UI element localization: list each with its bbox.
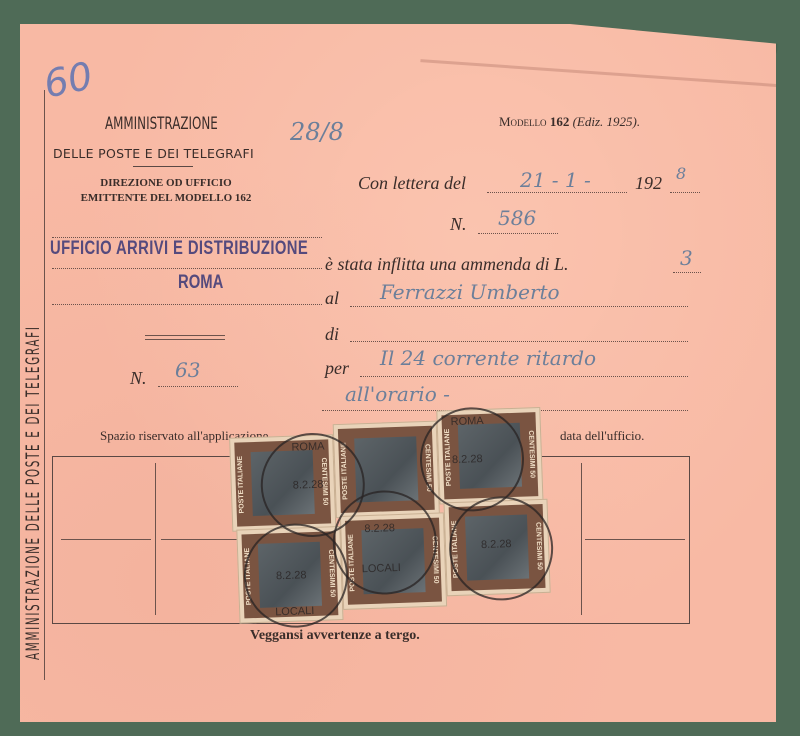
- header-rule: [133, 166, 193, 167]
- year-prefix: 192: [635, 173, 662, 194]
- al-field[interactable]: [350, 306, 688, 307]
- margin-vertical-text: AMMINISTRAZIONE DELLE POSTE E DEI TELEGR…: [22, 55, 44, 660]
- grid-hline-left-1: [61, 539, 151, 540]
- direzione-line2: EMITTENTE DEL MODELLO 162: [60, 191, 272, 206]
- per-field-line1[interactable]: [360, 376, 688, 377]
- postage-stamps-block: POSTE ITALIANE CENTESIMI 50 POSTE ITALIA…: [228, 404, 567, 631]
- header-direzione: DIREZIONE OD UFFICIO EMITTENTE DEL MODEL…: [60, 176, 272, 206]
- letter-label: Con lettera del: [358, 173, 466, 194]
- margin-rule: [44, 90, 45, 680]
- left-number-field[interactable]: [158, 386, 238, 387]
- left-dotted-line-3: [52, 304, 322, 305]
- number-label: N.: [450, 214, 467, 235]
- paper-crease: [420, 59, 789, 88]
- year-field[interactable]: [670, 192, 700, 193]
- left-dotted-line-2: [52, 268, 322, 269]
- grid-hline-left-2: [161, 539, 241, 540]
- per-value-line2: all'orario -: [345, 382, 450, 406]
- number-value: 586: [498, 206, 536, 230]
- per-label: per: [325, 358, 349, 379]
- letter-date-value: 21 - 1 -: [520, 168, 591, 192]
- year-suffix-value: 8: [676, 164, 686, 183]
- grid-vline-2: [581, 463, 582, 615]
- modello-number: 162: [550, 114, 570, 129]
- handwritten-reference: 28/8: [290, 118, 344, 146]
- office-stamp-line1: UFFICIO ARRIVI E DISTRIBUZIONE: [50, 238, 308, 260]
- direzione-line1: DIREZIONE OD UFFICIO: [60, 176, 272, 191]
- letter-date-field[interactable]: [487, 192, 627, 193]
- left-double-rule: [145, 335, 225, 340]
- fine-value: 3: [680, 246, 693, 270]
- header-title: AMMINISTRAZIONE: [105, 114, 218, 134]
- fine-label: è stata inflitta una ammenda di L.: [325, 254, 569, 275]
- di-label: di: [325, 324, 339, 345]
- office-stamp-line2: ROMA: [178, 272, 223, 294]
- left-number-label: N.: [130, 368, 147, 389]
- left-number-value: 63: [175, 358, 200, 382]
- modello-word: Modello: [499, 114, 547, 129]
- al-label: al: [325, 288, 339, 309]
- di-field[interactable]: [350, 341, 688, 342]
- header-subtitle: DELLE POSTE E DEI TELEGRAFI: [53, 146, 254, 161]
- per-value-line1: Il 24 corrente ritardo: [380, 346, 596, 370]
- modello-edition: (Ediz. 1925).: [573, 114, 641, 129]
- reserved-space-text-right: data dell'ufficio.: [560, 428, 644, 444]
- grid-hline-right: [585, 539, 685, 540]
- number-field[interactable]: [478, 233, 558, 234]
- al-value: Ferrazzi Umberto: [380, 280, 560, 304]
- modello-label: Modello 162 (Ediz. 1925).: [499, 114, 640, 130]
- footer-note: Veggansi avvertenze a tergo.: [250, 628, 420, 644]
- fine-field[interactable]: [673, 272, 701, 273]
- grid-vline-1: [155, 463, 156, 615]
